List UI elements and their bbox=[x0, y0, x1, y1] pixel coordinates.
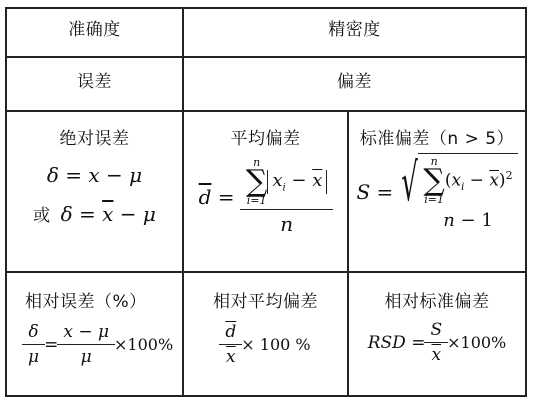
relative-standard-deviation-cell: 相对标准偏差 RSD = Sx ×100% bbox=[349, 273, 525, 395]
mean-deviation-title: 平均偏差 bbox=[184, 124, 347, 149]
relative-mean-deviation-cell: 相对平均偏差 dx × 100 % bbox=[184, 273, 347, 395]
standard-deviation-formula: S = √ n∑i=1 (xi − x)2 n − 1 bbox=[349, 153, 525, 231]
relative-mean-deviation-formula: dx × 100 % bbox=[184, 322, 347, 367]
header-precision-label: 精密度 bbox=[328, 20, 381, 40]
relative-standard-deviation-multiplier: ×100% bbox=[447, 333, 506, 352]
relative-error-formula: δμ = x − μμ ×100% bbox=[7, 322, 182, 367]
rsd-lhs: RSD = bbox=[368, 333, 426, 353]
or-label: 或 bbox=[33, 201, 51, 226]
subheader-error-label: 误差 bbox=[77, 72, 112, 92]
subheader-deviation-label: 偏差 bbox=[337, 72, 372, 92]
standard-deviation-cell: 标准偏差（n > 5） S = √ n∑i=1 (xi − x)2 n − 1 bbox=[349, 112, 525, 271]
header-precision: 精密度 bbox=[184, 9, 525, 56]
absolute-error-title: 绝对误差 bbox=[7, 124, 182, 149]
header-accuracy: 准确度 bbox=[7, 9, 182, 56]
absolute-error-cell: 绝对误差 δ = x − μ 或 δ = x − μ bbox=[7, 112, 182, 271]
relative-mean-deviation-multiplier: × 100 % bbox=[241, 335, 310, 354]
relative-error-multiplier: ×100% bbox=[114, 335, 173, 354]
relative-error-cell: 相对误差（%） δμ = x − μμ ×100% bbox=[7, 273, 182, 395]
mean-deviation-formula: d = n∑i=1 xi − x n bbox=[184, 157, 347, 236]
subheader-error: 误差 bbox=[7, 58, 182, 110]
relative-mean-deviation-title: 相对平均偏差 bbox=[184, 287, 347, 312]
absolute-error-formula: δ = x − μ bbox=[7, 163, 182, 187]
relative-error-title: 相对误差（%） bbox=[7, 287, 182, 312]
relative-standard-deviation-formula: RSD = Sx ×100% bbox=[349, 320, 525, 365]
absolute-error-formula-alt: 或 δ = x − μ bbox=[7, 201, 182, 226]
standard-deviation-title: 标准偏差（n > 5） bbox=[349, 124, 525, 149]
header-accuracy-label: 准确度 bbox=[68, 20, 121, 40]
relative-standard-deviation-title: 相对标准偏差 bbox=[349, 287, 525, 312]
subheader-deviation: 偏差 bbox=[184, 58, 525, 110]
mean-deviation-cell: 平均偏差 d = n∑i=1 xi − x n bbox=[184, 112, 347, 271]
